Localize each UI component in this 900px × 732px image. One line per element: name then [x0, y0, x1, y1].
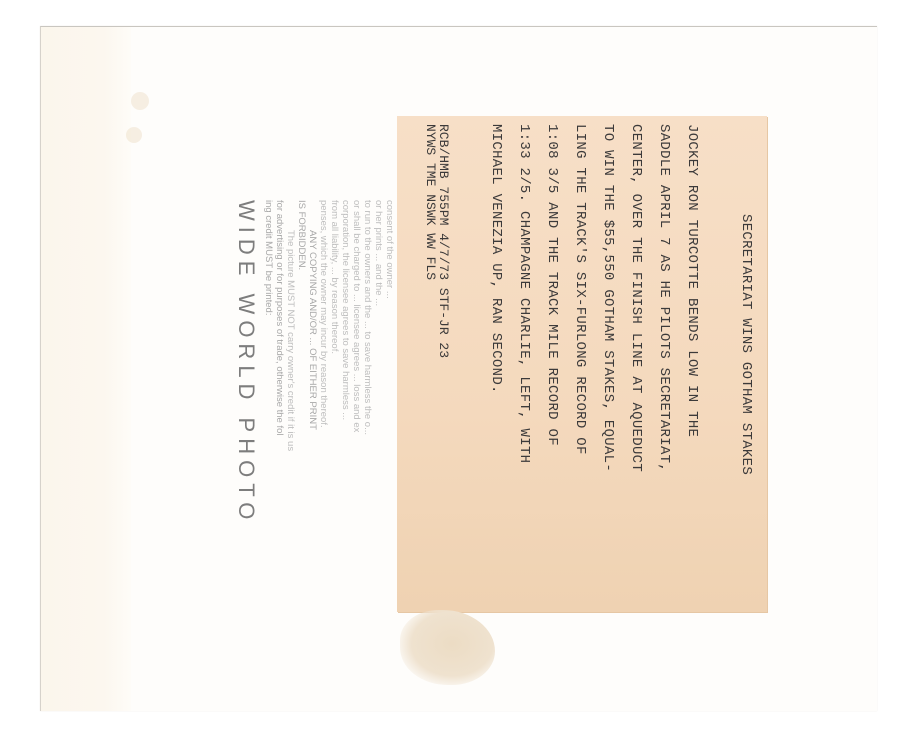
caption-line: TO WIN THE $55,550 GOTHAM STAKES, EQUAL- [594, 124, 622, 472]
caption-line: JOCKEY RON TURCOTTE BENDS LOW IN THE [678, 124, 706, 472]
credit-line: RCB/HMB 755PM 4/7/73 STF-JR 23 [437, 124, 450, 358]
stamp-fine-print: ing credit MUST be printed: [263, 200, 274, 520]
caption-line: LING THE TRACK'S SIX-FURLONG RECORD OF [566, 124, 594, 472]
wide-world-photo-stamp: consent of the owner ... or her prints .… [225, 195, 405, 525]
caption-body: JOCKEY RON TURCOTTE BENDS LOW IN THE SAD… [482, 124, 706, 472]
stamp-fine-print: or shall be charged to ... licensee agre… [351, 200, 362, 520]
paper-fold-shade [41, 27, 131, 711]
stamp-fine-print: The picture MUST NOT carry owner's credi… [285, 200, 296, 520]
stamp-fine-print: or her prints ... and the ... [373, 200, 384, 520]
stamp-brand: WIDE WORLD PHOTO [233, 200, 259, 520]
caption-line: SADDLE APRIL 7 AS HE PILOTS SECRETARIAT, [650, 124, 678, 472]
stamp-fine-print: IS FORBIDDEN. [296, 200, 307, 520]
caption-line: CENTER, OVER THE FINISH LINE AT AQUEDUCT [622, 124, 650, 472]
stamp-fine-print: from all liability, ... by reason thereo… [329, 200, 340, 520]
age-spot [126, 127, 142, 143]
caption-line: MICHAEL VENEZIA UP, RAN SECOND. [482, 124, 510, 472]
stamp-fine-print: ANY COPYING AND/OR ... OF EITHER PRINT [307, 200, 318, 520]
stamp-fine-print: for advertising or for purposes of trade… [274, 200, 285, 520]
stamp-fine-print: to run to the owners and the ... to save… [362, 200, 373, 520]
stamp-fine-print: corporation, the licensee agrees to save… [340, 200, 351, 520]
caption-credit: RCB/HMB 755PM 4/7/73 STF-JR 23 NYWS TME … [424, 124, 450, 358]
stamp-fine-print: consent of the owner ... [384, 200, 395, 520]
caption-slip: SECRETARIAT WINS GOTHAM STAKES JOCKEY RO… [397, 116, 767, 612]
age-spot [131, 92, 149, 110]
caption-line: 1:08 3/5 AND THE TRACK MILE RECORD OF [538, 124, 566, 472]
caption-line: 1:33 2/5. CHAMPAGNE CHARLIE, LEFT, WITH [510, 124, 538, 472]
caption-headline: SECRETARIAT WINS GOTHAM STAKES [738, 124, 754, 475]
stamp-fine-print: penses, which the owner may incur by rea… [318, 200, 329, 520]
